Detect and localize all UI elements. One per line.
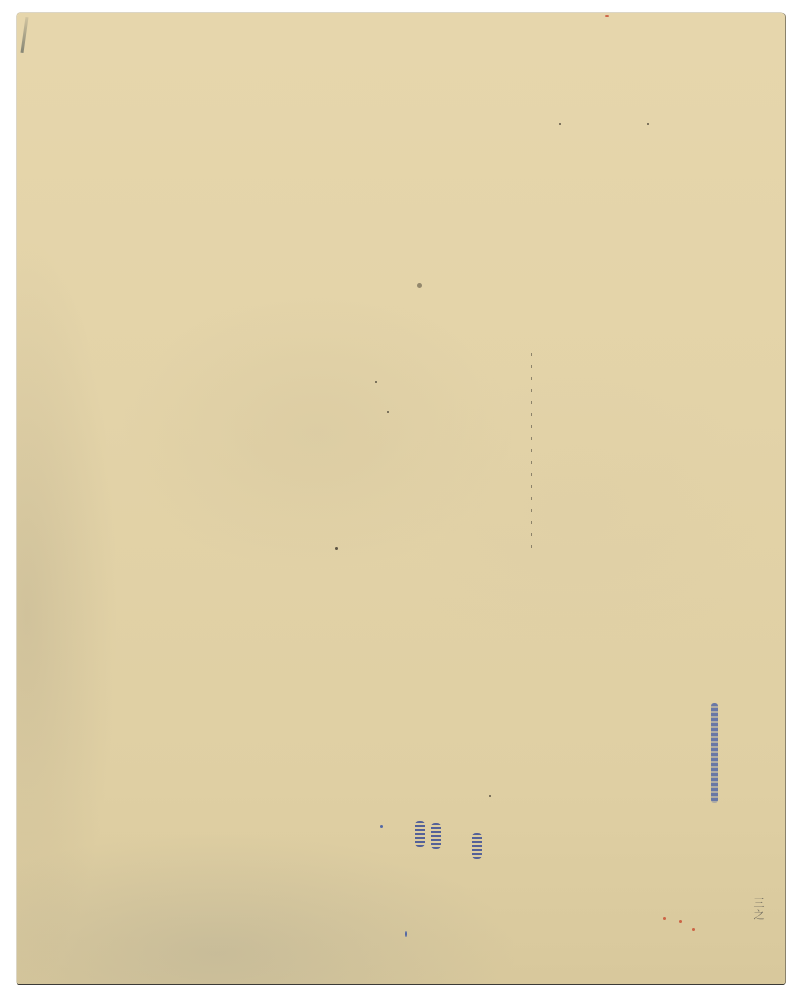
blue-pigment-streak bbox=[711, 703, 718, 803]
red-speck bbox=[692, 928, 695, 931]
ink-speck bbox=[647, 123, 649, 125]
blue-pigment-mark bbox=[431, 823, 441, 849]
ink-speck bbox=[559, 123, 561, 125]
ink-speck bbox=[489, 795, 491, 797]
red-speck bbox=[663, 917, 666, 920]
blue-pigment-mark bbox=[472, 833, 482, 859]
handwritten-inscription: 三之 bbox=[751, 897, 765, 921]
blue-speck bbox=[405, 931, 407, 937]
blue-speck bbox=[380, 825, 383, 828]
paper-sheet: 三之 bbox=[17, 13, 785, 984]
ink-speck bbox=[387, 411, 389, 413]
ink-speck bbox=[375, 381, 377, 383]
red-speck bbox=[605, 15, 609, 17]
blue-pigment-mark bbox=[415, 821, 425, 847]
dotted-crease bbox=[531, 353, 532, 553]
scan-canvas: 三之 bbox=[0, 0, 800, 999]
red-speck bbox=[679, 920, 682, 923]
ink-speck bbox=[335, 547, 338, 550]
ink-speck bbox=[417, 283, 422, 288]
corner-smudge bbox=[21, 17, 29, 53]
